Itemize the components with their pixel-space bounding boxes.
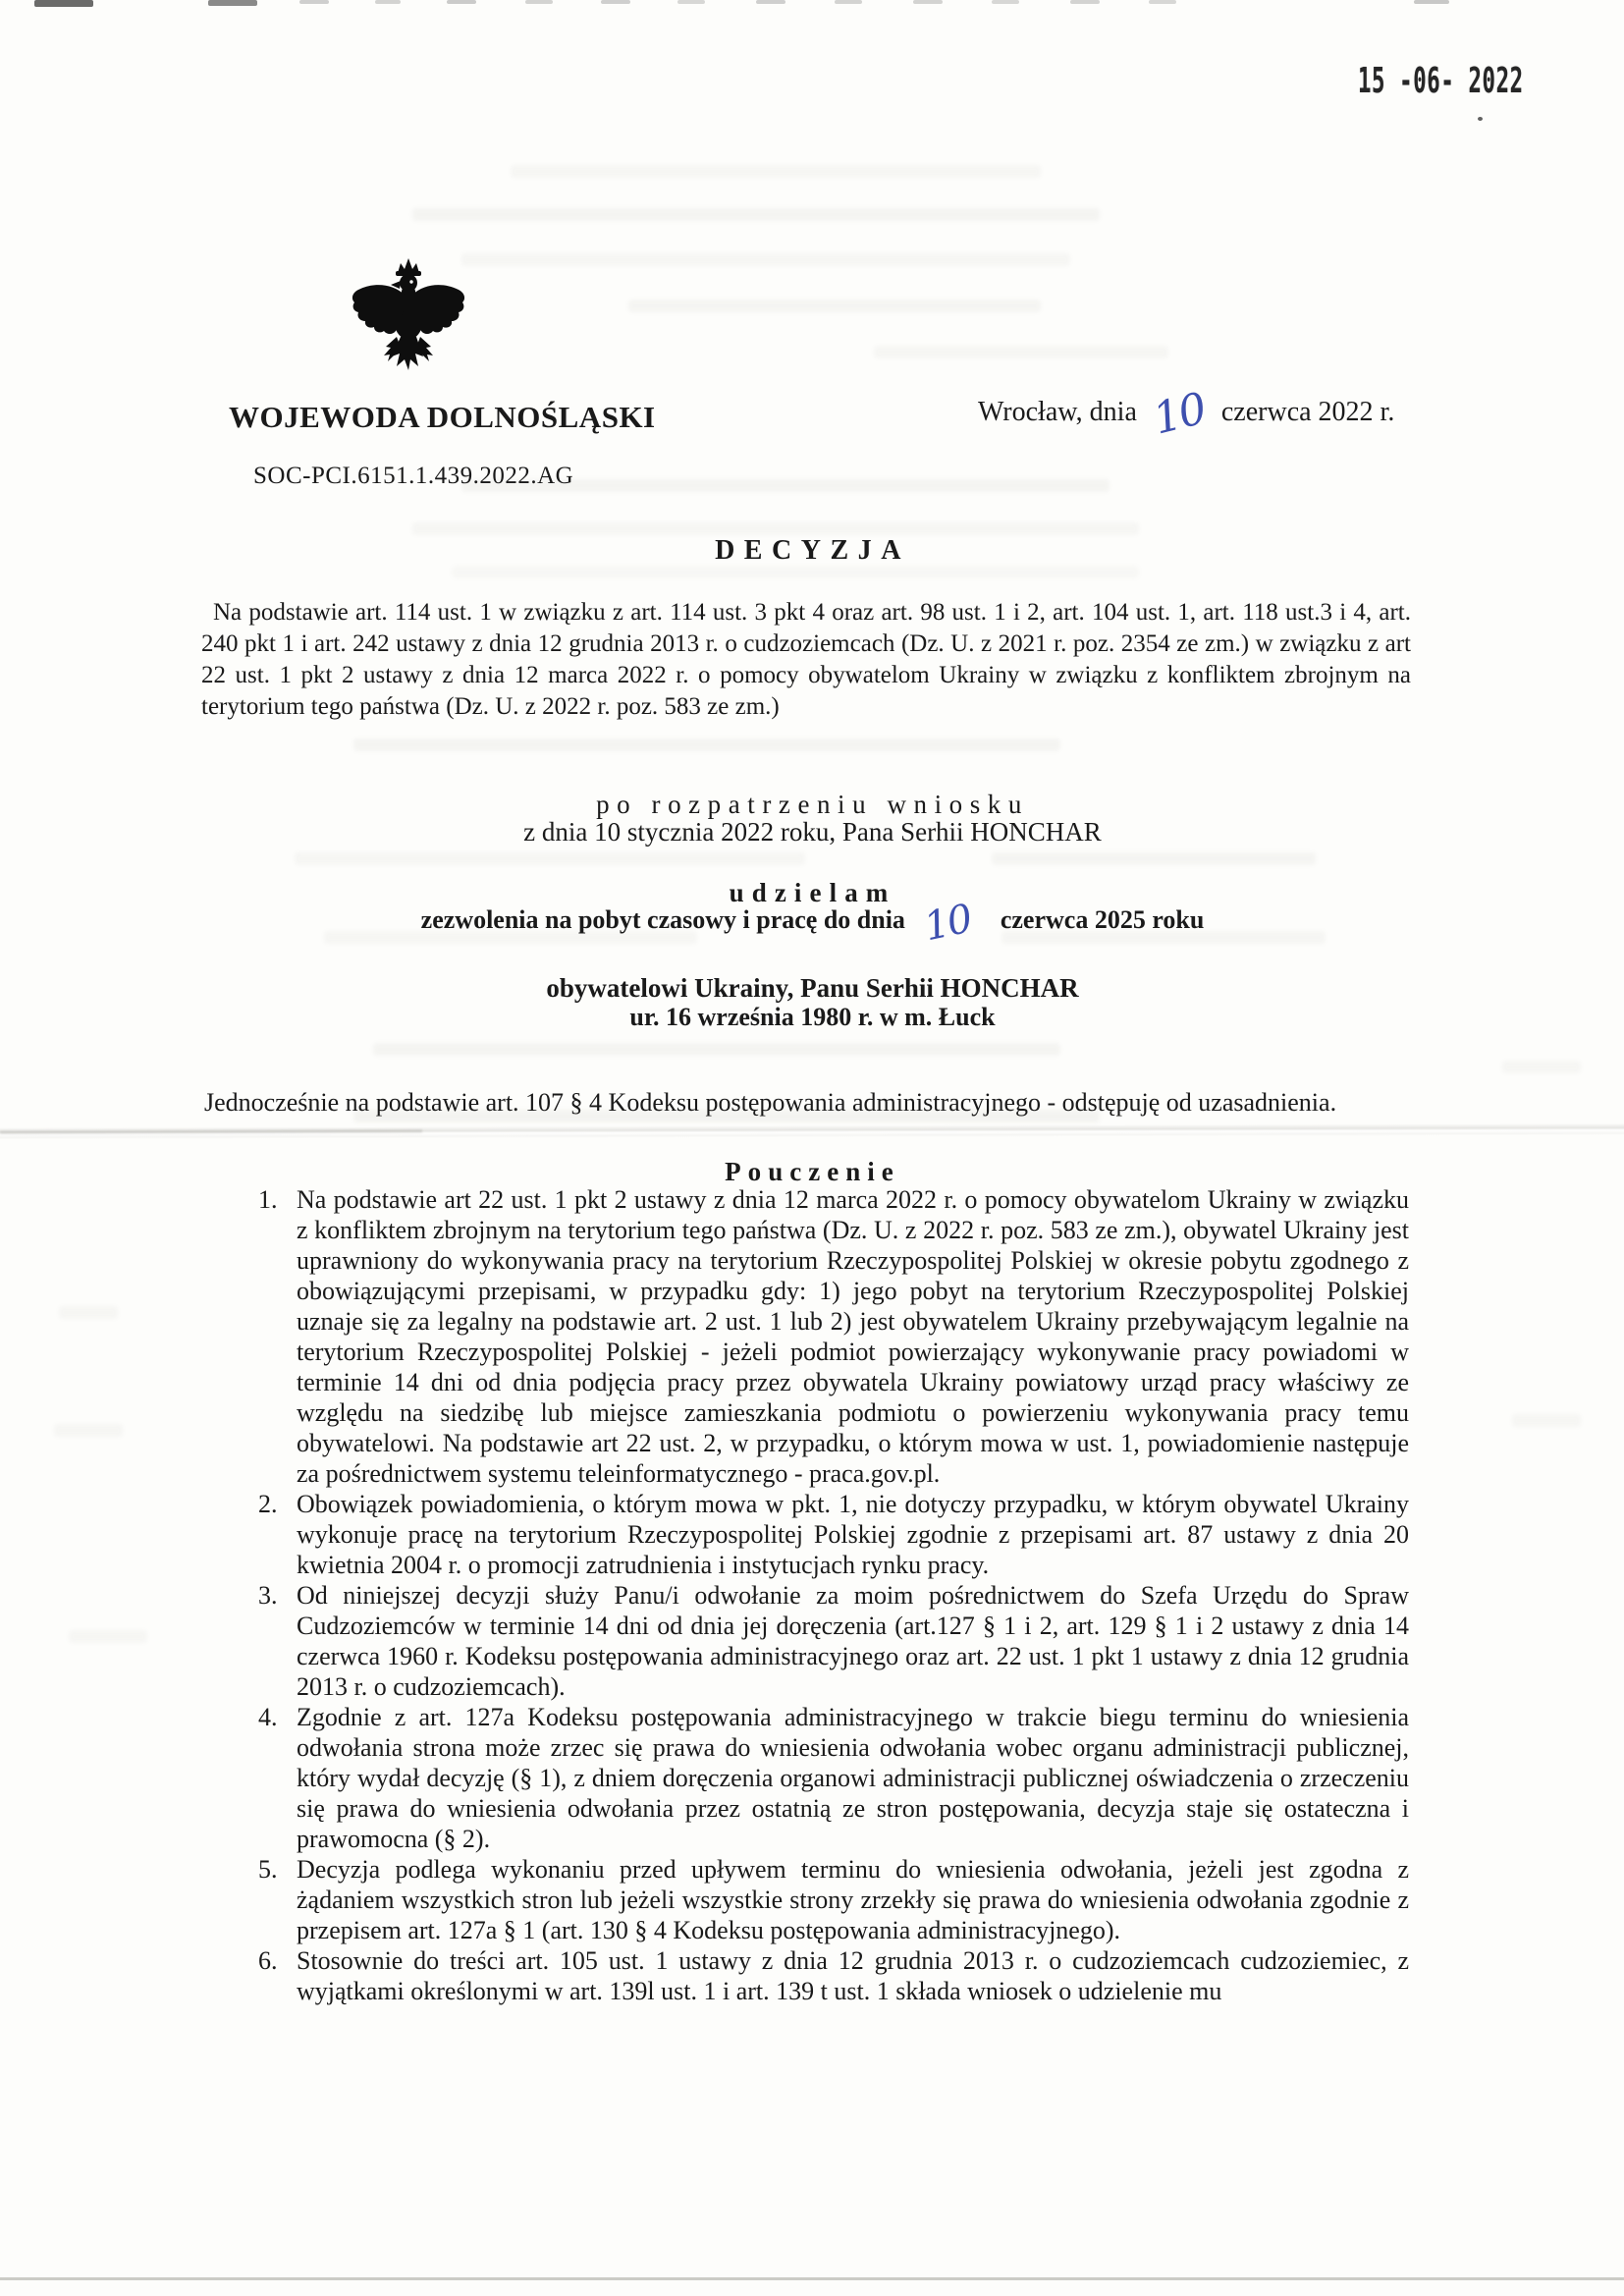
bleed-through-ghost <box>353 738 1060 751</box>
list-item: Zgodnie z art. 127a Kodeksu postępowania… <box>201 1702 1409 1854</box>
scan-edge-artifact <box>1149 0 1176 4</box>
scan-edge-artifact <box>525 0 553 4</box>
item-text: Zgodnie z art. 127a Kodeksu postępowania… <box>297 1702 1409 1854</box>
list-item: Na podstawie art 22 ust. 1 pkt 2 ustawy … <box>201 1184 1409 1489</box>
scan-edge-artifact <box>1414 0 1449 4</box>
bleed-through-ghost <box>511 165 1041 178</box>
recipient-birth-line: ur. 16 września 1980 r. w m. Łuck <box>201 1003 1424 1032</box>
reference-number: SOC-PCI.6151.1.439.2022.AG <box>253 463 573 490</box>
bleed-through-ghost <box>59 1306 118 1319</box>
scan-edge-artifact <box>677 0 705 4</box>
bleed-through-ghost <box>1502 1061 1581 1073</box>
scan-edge-artifact <box>375 0 401 4</box>
scan-bottom-edge <box>0 2277 1624 2280</box>
list-item: Decyzja podlega wykonaniu przed upływem … <box>201 1854 1409 1945</box>
scan-edge-artifact <box>299 0 329 4</box>
scan-edge-artifact <box>34 0 93 7</box>
grant-line: zezwolenia na pobyt czasowy i pracę do d… <box>201 905 1424 945</box>
scan-edge-artifact <box>208 0 257 6</box>
list-item: Obowiązek powiadomienia, o którym mowa w… <box>201 1489 1409 1580</box>
decision-title: DECYZJA <box>201 535 1424 567</box>
pouczenie-title: Pouczenie <box>201 1157 1424 1187</box>
coat-of-arms-eagle-icon <box>346 252 471 385</box>
handwritten-day-header: 10 <box>1149 387 1209 441</box>
scan-edge-artifact <box>601 0 630 4</box>
item-number <box>258 1184 298 1215</box>
bleed-through-ghost <box>373 1043 1060 1056</box>
consideration-heading: po rozpatrzeniu wniosku <box>201 790 1424 820</box>
stamp-ink-dot <box>1478 117 1483 121</box>
bleed-through-ghost <box>412 208 1100 221</box>
scan-edge-artifact <box>756 0 785 4</box>
stamp-date: 15 -06- 2022 <box>1358 61 1524 101</box>
grant-suffix: czerwca 2025 roku <box>1001 905 1204 935</box>
bleed-through-ghost <box>54 1424 123 1437</box>
bleed-through-ghost <box>452 566 1139 578</box>
scan-edge-artifact <box>992 0 1019 4</box>
waiver-paragraph: Jednocześnie na podstawie art. 107 § 4 K… <box>204 1088 1417 1118</box>
item-number <box>258 1580 298 1611</box>
bleed-through-ghost <box>1512 1414 1581 1427</box>
date-received-stamp: 15 -06- 2022 <box>1358 61 1524 101</box>
place-date-line: Wrocław, dnia 10 czerwca 2022 r. <box>978 397 1430 440</box>
bleed-through-ghost <box>412 522 1139 535</box>
grant-prefix: zezwolenia na pobyt czasowy i pracę do d… <box>421 905 905 935</box>
item-number <box>258 1854 298 1885</box>
grant-heading: udzielam <box>201 878 1424 908</box>
item-text: Obowiązek powiadomienia, o którym mowa w… <box>297 1489 1409 1580</box>
bleed-through-ghost <box>874 346 1168 358</box>
item-number <box>258 1945 298 1976</box>
bleed-through-ghost <box>295 852 805 865</box>
item-text: Od niniejszej decyzji służy Panu/i odwoł… <box>297 1580 1409 1702</box>
bleed-through-ghost <box>461 253 1070 266</box>
item-number <box>258 1702 298 1732</box>
scan-edge-artifact <box>1070 0 1100 4</box>
recipient-line: obywatelowi Ukrainy, Panu Serhii HONCHAR <box>201 973 1424 1004</box>
institution-name: WOJEWODA DOLNOŚLĄSKI <box>229 400 656 435</box>
scan-edge-artifact <box>913 0 943 4</box>
list-item: Stosownie do treści art. 105 ust. 1 usta… <box>201 1945 1409 2006</box>
item-text: Na podstawie art 22 ust. 1 pkt 2 ustawy … <box>297 1184 1409 1489</box>
consideration-detail: z dnia 10 stycznia 2022 roku, Pana Serhi… <box>201 817 1424 847</box>
bleed-through-ghost <box>628 300 1041 312</box>
legal-basis-paragraph: Na podstawie art. 114 ust. 1 w związku z… <box>201 597 1411 723</box>
scan-edge-artifact <box>447 0 476 4</box>
date-prefix: Wrocław, dnia <box>978 397 1137 428</box>
bleed-through-ghost <box>69 1630 147 1643</box>
scan-edge-artifact <box>835 0 862 4</box>
item-number <box>258 1489 298 1519</box>
date-suffix: czerwca 2022 r. <box>1221 397 1394 428</box>
list-item: Od niniejszej decyzji służy Panu/i odwoł… <box>201 1580 1409 1702</box>
bleed-through-ghost <box>992 852 1316 865</box>
item-text: Stosownie do treści art. 105 ust. 1 usta… <box>297 1945 1409 2006</box>
handwritten-day-grant: 10 <box>921 900 974 948</box>
document-page: 15 -06- 2022 WOJEWODA DOLNOŚLĄSKI Wrocła… <box>0 0 1624 2296</box>
pouczenie-list: Na podstawie art 22 ust. 1 pkt 2 ustawy … <box>201 1184 1409 2006</box>
item-text: Decyzja podlega wykonaniu przed upływem … <box>297 1854 1409 1945</box>
